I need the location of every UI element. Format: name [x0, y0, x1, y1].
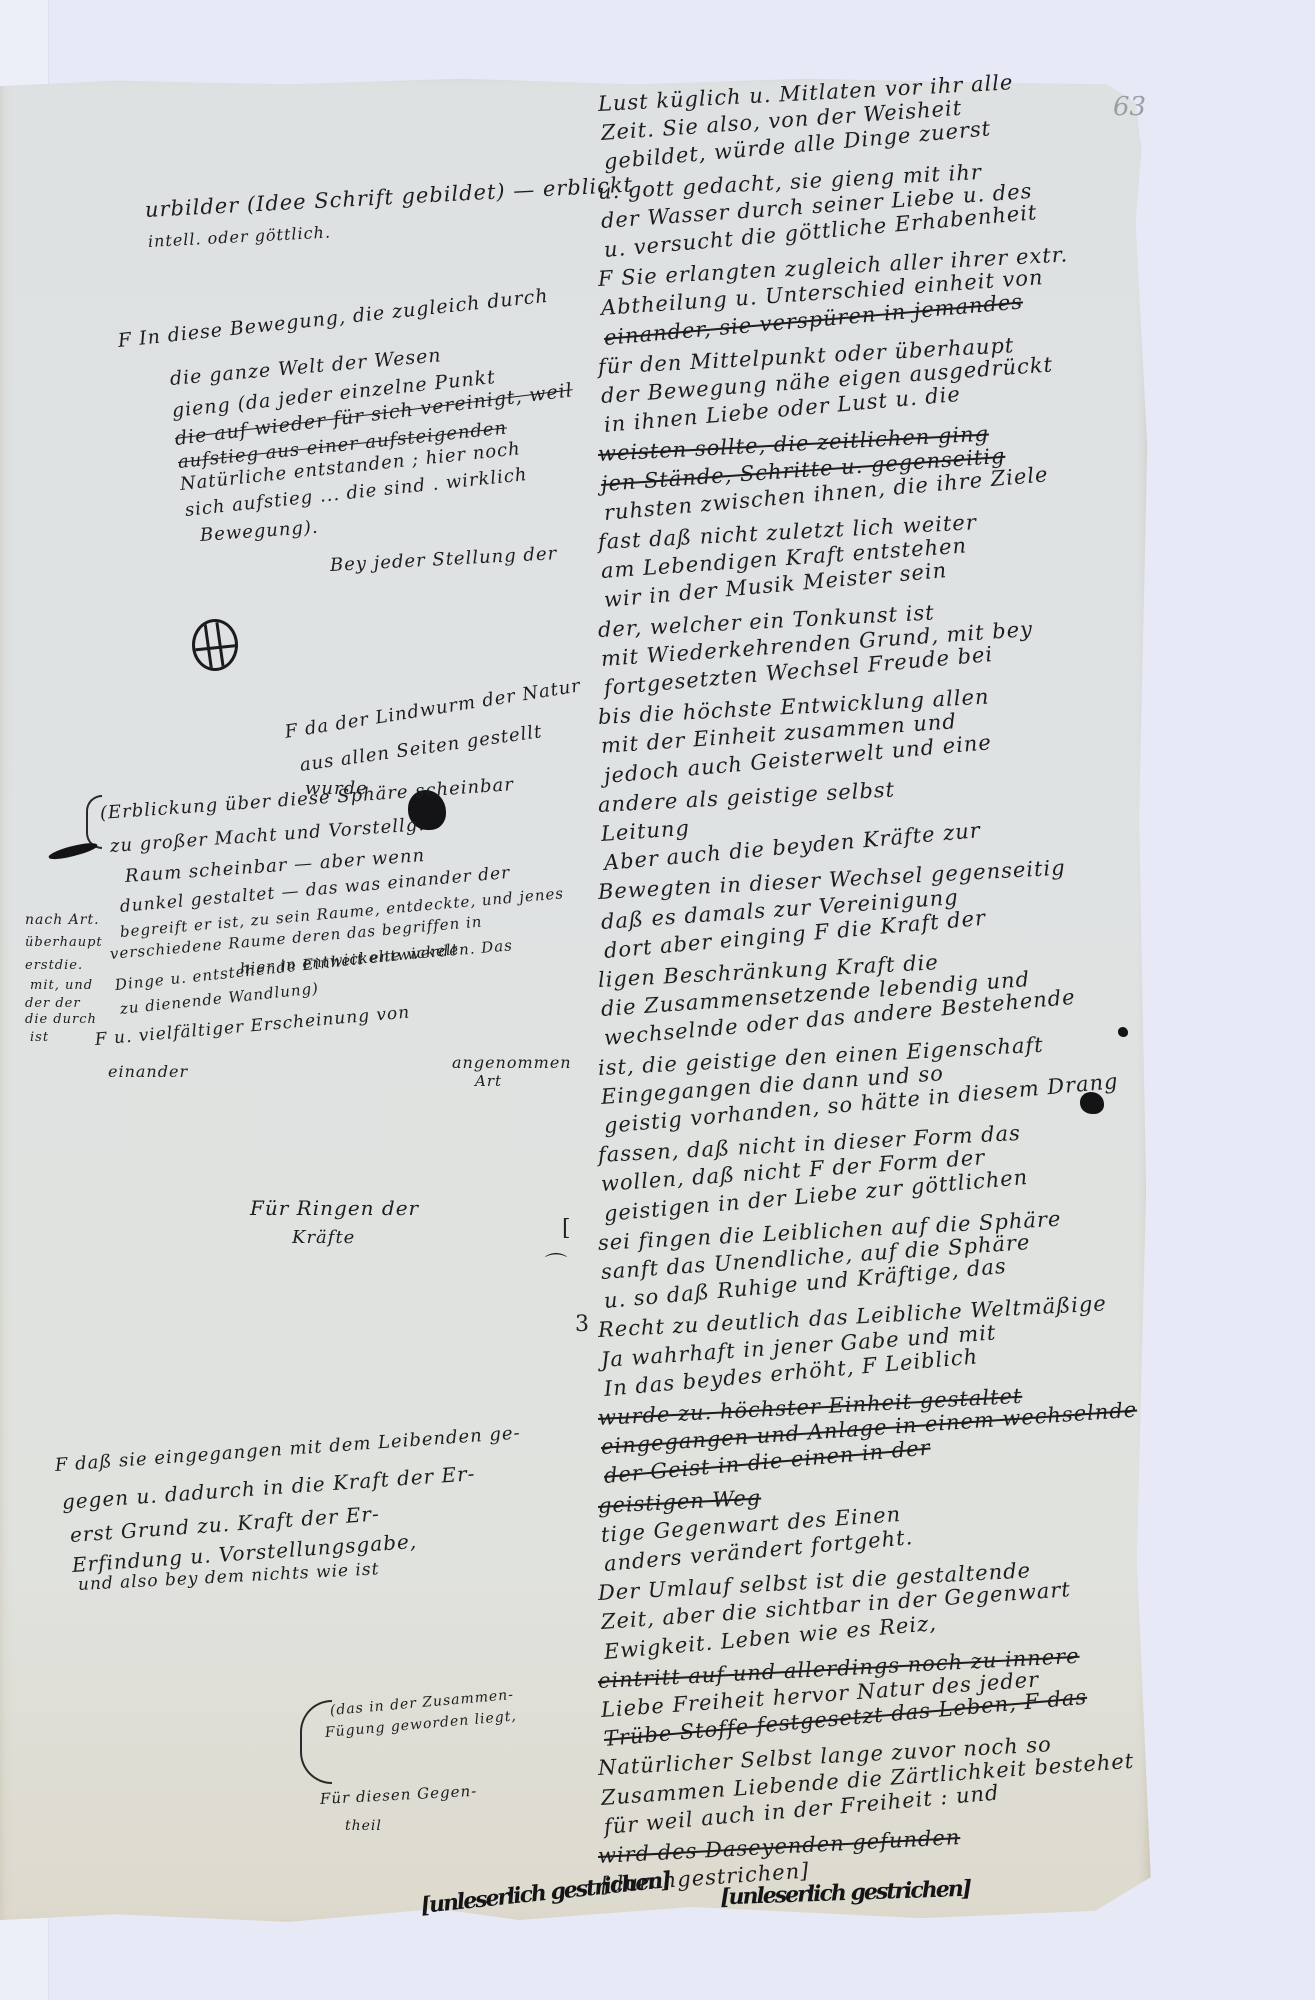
edit-marker-3: 3	[575, 1312, 589, 1337]
note-6-line-1: angenommen	[452, 1053, 572, 1072]
margin-line-7: ist	[30, 1030, 49, 1045]
circled-cross-symbol	[192, 619, 238, 671]
note-7-line-1: Für Ringen der	[250, 1196, 419, 1220]
folio-number: 63	[1113, 92, 1146, 122]
margin-line-1: nach Art.	[25, 912, 100, 928]
margin-line-5: der der	[25, 996, 81, 1011]
note-6-line-2: Art	[475, 1072, 502, 1090]
ink-blot-right	[1080, 1092, 1104, 1114]
note-10-line-2: theil	[345, 1818, 382, 1834]
edit-marker-arc: ⌒	[545, 1248, 567, 1279]
margin-line-2: überhaupt	[25, 935, 103, 950]
ink-dot-right	[1118, 1027, 1128, 1037]
note-5-line-11: einander	[108, 1062, 188, 1081]
note-7-line-2: Kräfte	[292, 1227, 355, 1248]
edit-marker-bracket: [	[562, 1216, 571, 1241]
margin-line-4: mit, und	[30, 978, 93, 993]
margin-line-3: erstdie.	[25, 958, 83, 973]
margin-line-6: die durch	[25, 1012, 97, 1027]
